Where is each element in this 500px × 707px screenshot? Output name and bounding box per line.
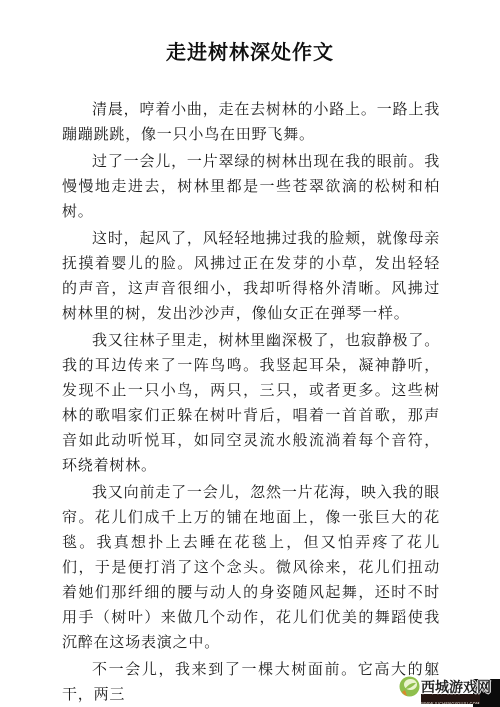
essay-paragraph: 我又向前走了一会儿，忽然一片花海，映入我的眼帘。花儿们成千上万的铺在地面上，像一… — [62, 480, 440, 655]
essay-paragraph: 这时，起风了，风轻轻地拂过我的脸颊，就像母亲抚摸着婴儿的脸。风拂过正在发芽的小草… — [62, 226, 440, 326]
essay-page: 走进树林深处作文 清晨，哼着小曲，走在去树林的小路上。一路上我蹦蹦跳跳，像一只小… — [0, 0, 500, 707]
essay-paragraph: 过了一会儿，一片翠绿的树林出现在我的眼前。我慢慢地走进去，树林里都是一些苍翠欲滴… — [62, 149, 440, 224]
page-title: 走进树林深处作文 — [0, 36, 500, 65]
essay-paragraph: 我又往林子里走，树林里幽深极了，也寂静极了。我的耳边传来了一阵鸟鸣。我竖起耳朵，… — [62, 328, 440, 478]
site-logo-icon — [399, 676, 420, 697]
essay-paragraph: 不一会儿，我来到了一棵大树面前。它高大的躯干，两三 — [62, 657, 440, 707]
watermark-site-name: 西城游戏网 — [421, 677, 481, 693]
essay-paragraph: 清晨，哼着小曲，走在去树林的小路上。一路上我蹦蹦跳跳，像一只小鸟在田野飞舞。 — [62, 97, 440, 147]
watermark-url-text: WWW.XICHENGYOUXI.COM — [421, 702, 480, 704]
essay-body: 清晨，哼着小曲，走在去树林的小路上。一路上我蹦蹦跳跳，像一只小鸟在田野飞舞。 过… — [0, 97, 500, 707]
